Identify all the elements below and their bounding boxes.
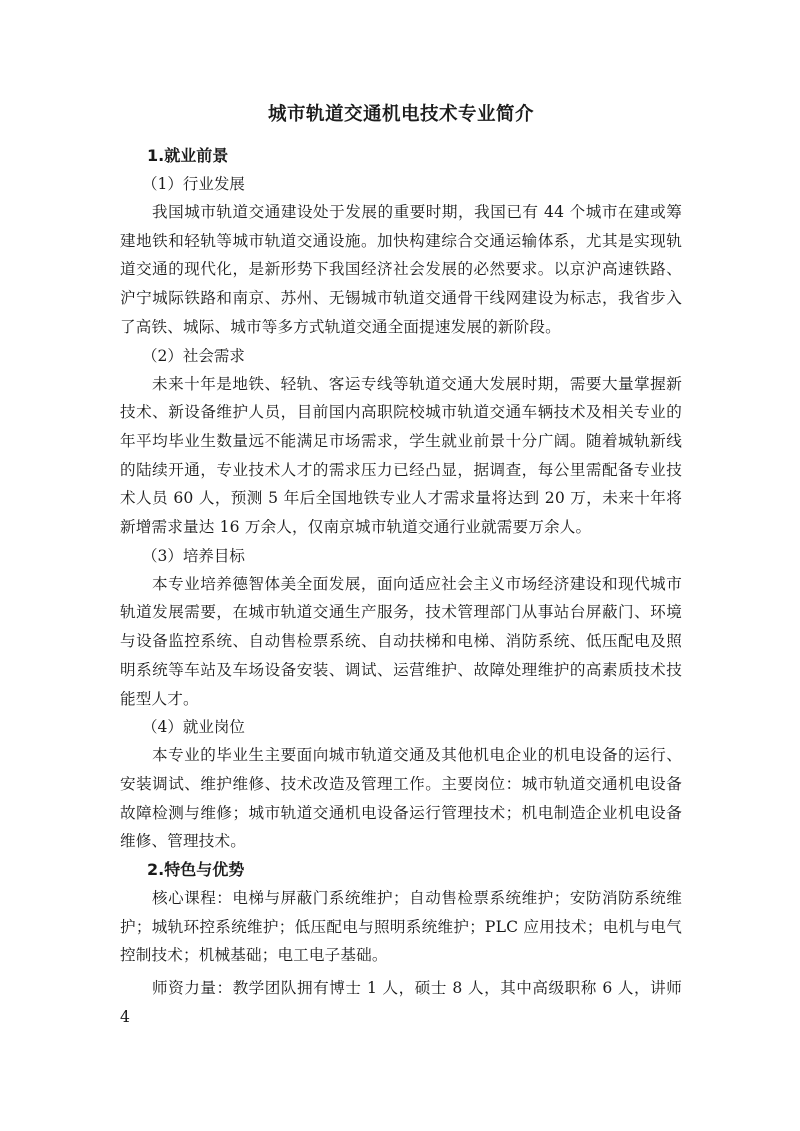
section-heading-employment-prospects: 1.就业前景 [120, 142, 682, 170]
paragraph-core-courses: 核心课程：电梯与屏蔽门系统维护；自动售检票系统维护；安防消防系统维护；城轨环控系… [120, 884, 682, 970]
paragraph-social-demand: 未来十年是地铁、轻轨、客运专线等轨道交通大发展时期，需要大量掌握新技术、新设备维… [120, 370, 682, 542]
subsection-heading-industry-development: （1）行业发展 [120, 170, 682, 198]
paragraph-industry-development: 我国城市轨道交通建设处于发展的重要时期，我国已有 44 个城市在建或筹建地铁和轻… [120, 198, 682, 342]
paragraph-job-positions: 本专业的毕业生主要面向城市轨道交通及其他机电企业的机电设备的运行、安装调试、维护… [120, 741, 682, 856]
section-heading-features-advantages: 2.特色与优势 [120, 856, 682, 884]
document-title: 城市轨道交通机电技术专业简介 [120, 100, 682, 130]
subsection-heading-training-goals: （3）培养目标 [120, 542, 682, 570]
paragraph-faculty: 师资力量：教学团队拥有博士 1 人，硕士 8 人，其中高级职称 6 人，讲师 4 [120, 974, 682, 1031]
document-page: 城市轨道交通机电技术专业简介 1.就业前景 （1）行业发展 我国城市轨道交通建设… [120, 100, 682, 1032]
subsection-heading-social-demand: （2）社会需求 [120, 342, 682, 370]
subsection-heading-job-positions: （4）就业岗位 [120, 713, 682, 741]
paragraph-training-goals: 本专业培养德智体美全面发展，面向适应社会主义市场经济建设和现代城市轨道发展需要，… [120, 570, 682, 714]
